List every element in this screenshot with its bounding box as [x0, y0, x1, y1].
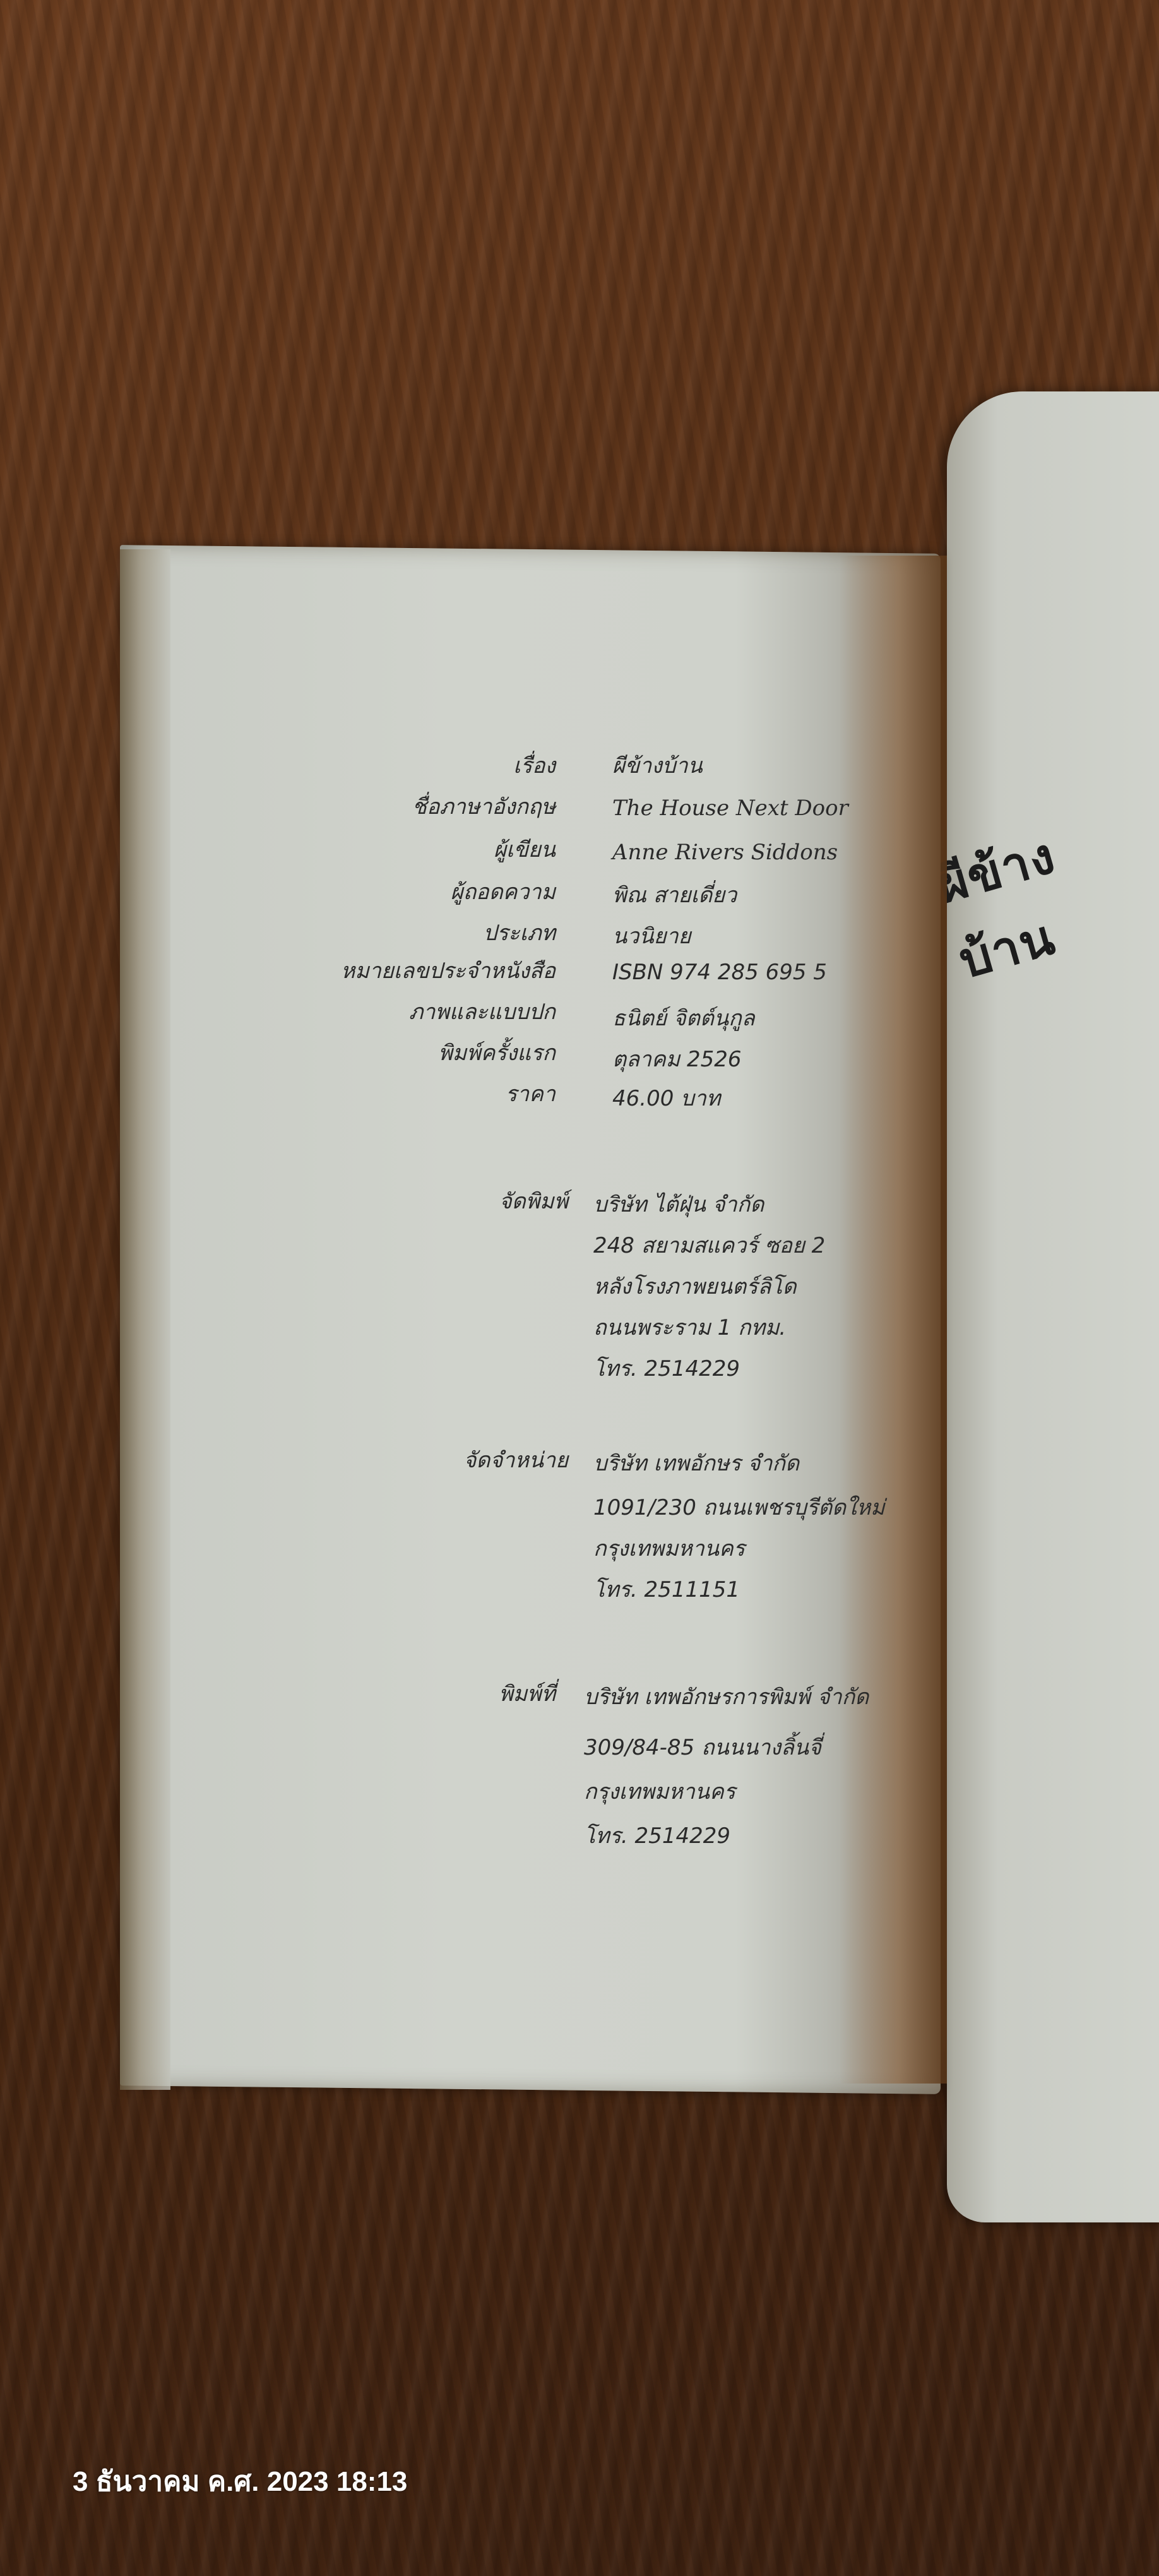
label-price: ราคา	[114, 1076, 556, 1111]
value-translator: พิณ สายเดี่ยว	[612, 878, 737, 912]
value-first-print: ตุลาคม 2526	[612, 1042, 742, 1076]
label-printer: พิมพ์ที่	[114, 1676, 556, 1710]
value-english-title: The House Next Door	[612, 796, 848, 821]
label-isbn: หมายเลขประจำหนังสือ	[114, 953, 556, 987]
publisher-line: หลังโรงภาพยนตร์ลิโด	[593, 1269, 797, 1303]
label-title: เรื่อง	[114, 748, 556, 782]
printer-line: บริษัท เทพอักษรการพิมพ์ จำกัด	[584, 1679, 869, 1714]
publisher-line: ถนนพระราม 1 กทม.	[593, 1310, 786, 1344]
label-distributor: จัดจำหน่าย	[126, 1443, 568, 1477]
distributor-line: บริษัท เทพอักษร จำกัด	[593, 1446, 799, 1480]
right-book-page	[947, 391, 1159, 2222]
value-author: Anne Rivers Siddons	[612, 840, 838, 865]
printer-line: 309/84-85 ถนนนางลิ้นจี่	[584, 1730, 821, 1764]
distributor-line: 1091/230 ถนนเพชรบุรีตัดใหม่	[593, 1490, 885, 1524]
printer-line: กรุงเทพมหานคร	[584, 1774, 735, 1808]
label-english-title: ชื่อภาษาอังกฤษ	[114, 789, 556, 823]
value-price: 46.00 บาท	[612, 1081, 720, 1115]
value-title: ผีข้างบ้าน	[612, 748, 703, 782]
photo-timestamp: 3 ธันวาคม ค.ศ. 2023 18:13	[73, 2459, 407, 2503]
distributor-line: กรุงเทพมหานคร	[593, 1531, 745, 1565]
label-translator: ผู้ถอดความ	[114, 874, 556, 909]
label-first-print: พิมพ์ครั้งแรก	[114, 1035, 556, 1070]
label-genre: ประเภท	[114, 915, 556, 950]
book-gutter-shadow	[840, 556, 947, 2084]
printer-line: โทร. 2514229	[584, 1818, 730, 1852]
label-cover-art: ภาพและแบบปก	[114, 994, 556, 1029]
label-author: ผู้เขียน	[114, 832, 556, 866]
value-isbn: ISBN 974 285 695 5	[612, 960, 827, 985]
value-genre: นวนิยาย	[612, 919, 691, 953]
label-publisher: จัดพิมพ์	[126, 1184, 568, 1218]
distributor-line: โทร. 2511151	[593, 1572, 740, 1606]
publisher-line: โทร. 2514229	[593, 1351, 740, 1385]
publisher-line: 248 สยามสแควร์ ซอย 2	[593, 1228, 825, 1262]
value-cover-art: ธนิตย์ จิตต์นุกูล	[612, 1001, 755, 1035]
publisher-line: บริษัท ไต้ฝุ่น จำกัด	[593, 1187, 764, 1221]
